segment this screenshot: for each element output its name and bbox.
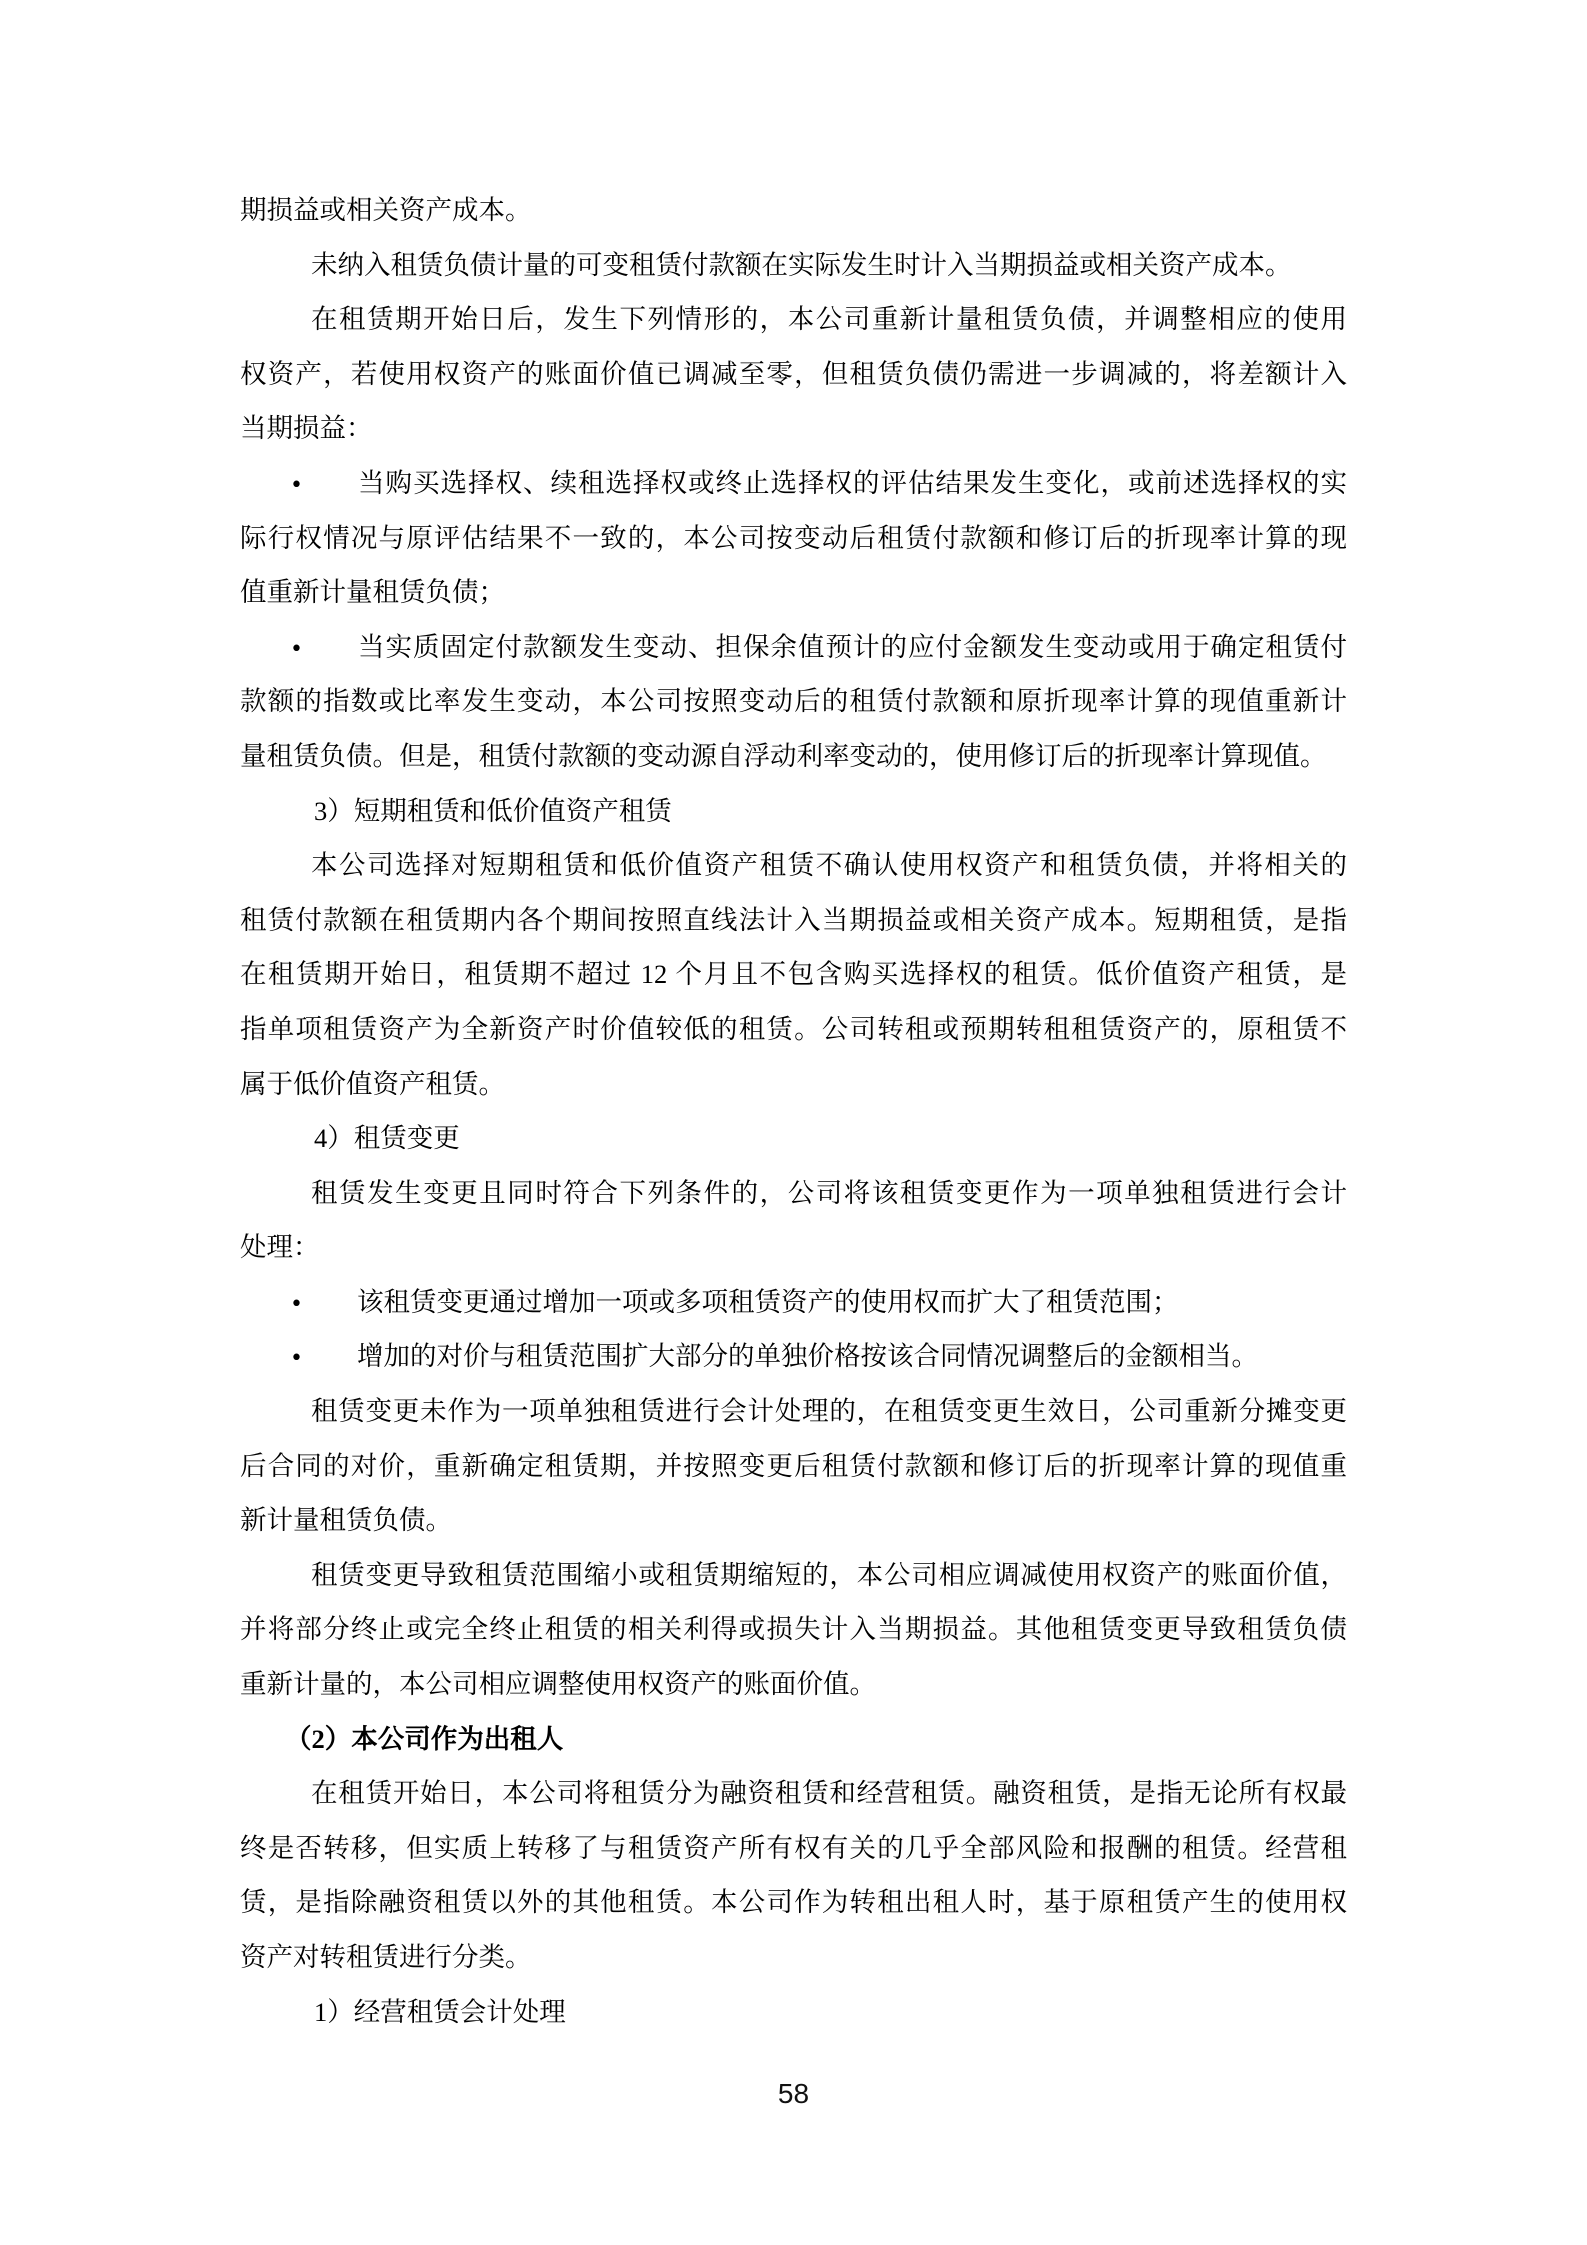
text-line: 际行权情况与原评估结果不一致的，本公司按变动后租赁付款额和修订后的折现率计算的现 bbox=[240, 511, 1347, 566]
sub-heading: 3）短期租赁和低价值资产租赁 bbox=[240, 784, 1347, 839]
bullet-icon: • bbox=[290, 473, 303, 498]
text-line: 终是否转移，但实质上转移了与租赁资产所有权有关的几乎全部风险和报酬的租赁。经营租 bbox=[240, 1821, 1347, 1876]
text-line: 重新计量的，本公司相应调整使用权资产的账面价值。 bbox=[240, 1657, 1347, 1712]
text-line: 指单项租赁资产为全新资产时价值较低的租赁。公司转租或预期转租租赁资产的，原租赁不 bbox=[240, 1002, 1347, 1057]
text-line: 属于低价值资产租赁。 bbox=[240, 1057, 1347, 1112]
text-line: 值重新计量租赁负债； bbox=[240, 565, 1347, 620]
text-line: 后合同的对价，重新确定租赁期，并按照变更后租赁付款额和修订后的折现率计算的现值重 bbox=[240, 1439, 1347, 1494]
text-line: 赁，是指除融资租赁以外的其他租赁。本公司作为转租出租人时，基于原租赁产生的使用权 bbox=[240, 1875, 1347, 1930]
text-line: 资产对转租赁进行分类。 bbox=[240, 1930, 1347, 1985]
text-line: 并将部分终止或完全终止租赁的相关利得或损失计入当期损益。其他租赁变更导致租赁负债 bbox=[240, 1602, 1347, 1657]
text-line: 未纳入租赁负债计量的可变租赁付款额在实际发生时计入当期损益或相关资产成本。 bbox=[240, 238, 1347, 293]
bullet-line: •当购买选择权、续租选择权或终止选择权的评估结果发生变化，或前述选择权的实 bbox=[240, 456, 1347, 511]
text-line: 新计量租赁负债。 bbox=[240, 1493, 1347, 1548]
section-heading: （2）本公司作为出租人 bbox=[240, 1712, 1347, 1767]
text-line: 本公司选择对短期租赁和低价值资产租赁不确认使用权资产和租赁负债，并将相关的 bbox=[240, 838, 1347, 893]
text-line: 权资产，若使用权资产的账面价值已调减至零，但租赁负债仍需进一步调减的，将差额计入 bbox=[240, 347, 1347, 402]
sub-heading: 4）租赁变更 bbox=[240, 1111, 1347, 1166]
text-line: 租赁付款额在租赁期内各个期间按照直线法计入当期损益或相关资产成本。短期租赁，是指 bbox=[240, 893, 1347, 948]
text-line: 处理： bbox=[240, 1220, 1347, 1275]
bullet-line: •该租赁变更通过增加一项或多项租赁资产的使用权而扩大了租赁范围； bbox=[240, 1275, 1347, 1330]
bullet-icon: • bbox=[290, 1346, 303, 1371]
text-content: 期损益或相关资产成本。未纳入租赁负债计量的可变租赁付款额在实际发生时计入当期损益… bbox=[240, 183, 1347, 2039]
text-line: 在租赁开始日，本公司将租赁分为融资租赁和经营租赁。融资租赁，是指无论所有权最 bbox=[240, 1766, 1347, 1821]
sub-heading: 1）经营租赁会计处理 bbox=[240, 1985, 1347, 2040]
page-number: 58 bbox=[0, 2076, 1587, 2112]
bullet-line: •当实质固定付款额发生变动、担保余值预计的应付金额发生变动或用于确定租赁付 bbox=[240, 620, 1347, 675]
text-line: 租赁发生变更且同时符合下列条件的，公司将该租赁变更作为一项单独租赁进行会计 bbox=[240, 1166, 1347, 1221]
text-line: 在租赁期开始日后，发生下列情形的，本公司重新计量租赁负债，并调整相应的使用 bbox=[240, 292, 1347, 347]
bullet-icon: • bbox=[290, 637, 303, 662]
text-line: 租赁变更未作为一项单独租赁进行会计处理的，在租赁变更生效日，公司重新分摊变更 bbox=[240, 1384, 1347, 1439]
document-page: 期损益或相关资产成本。未纳入租赁负债计量的可变租赁付款额在实际发生时计入当期损益… bbox=[0, 0, 1587, 2245]
text-line: 款额的指数或比率发生变动，本公司按照变动后的租赁付款额和原折现率计算的现值重新计 bbox=[240, 674, 1347, 729]
text-line: 期损益或相关资产成本。 bbox=[240, 183, 1347, 238]
text-line: 当期损益： bbox=[240, 401, 1347, 456]
text-line: 租赁变更导致租赁范围缩小或租赁期缩短的，本公司相应调减使用权资产的账面价值， bbox=[240, 1548, 1347, 1603]
text-line: 在租赁期开始日，租赁期不超过 12 个月且不包含购买选择权的租赁。低价值资产租赁… bbox=[240, 947, 1347, 1002]
text-line: 量租赁负债。但是，租赁付款额的变动源自浮动利率变动的，使用修订后的折现率计算现值… bbox=[240, 729, 1347, 784]
bullet-line: •增加的对价与租赁范围扩大部分的单独价格按该合同情况调整后的金额相当。 bbox=[240, 1329, 1347, 1384]
bullet-icon: • bbox=[290, 1292, 303, 1317]
